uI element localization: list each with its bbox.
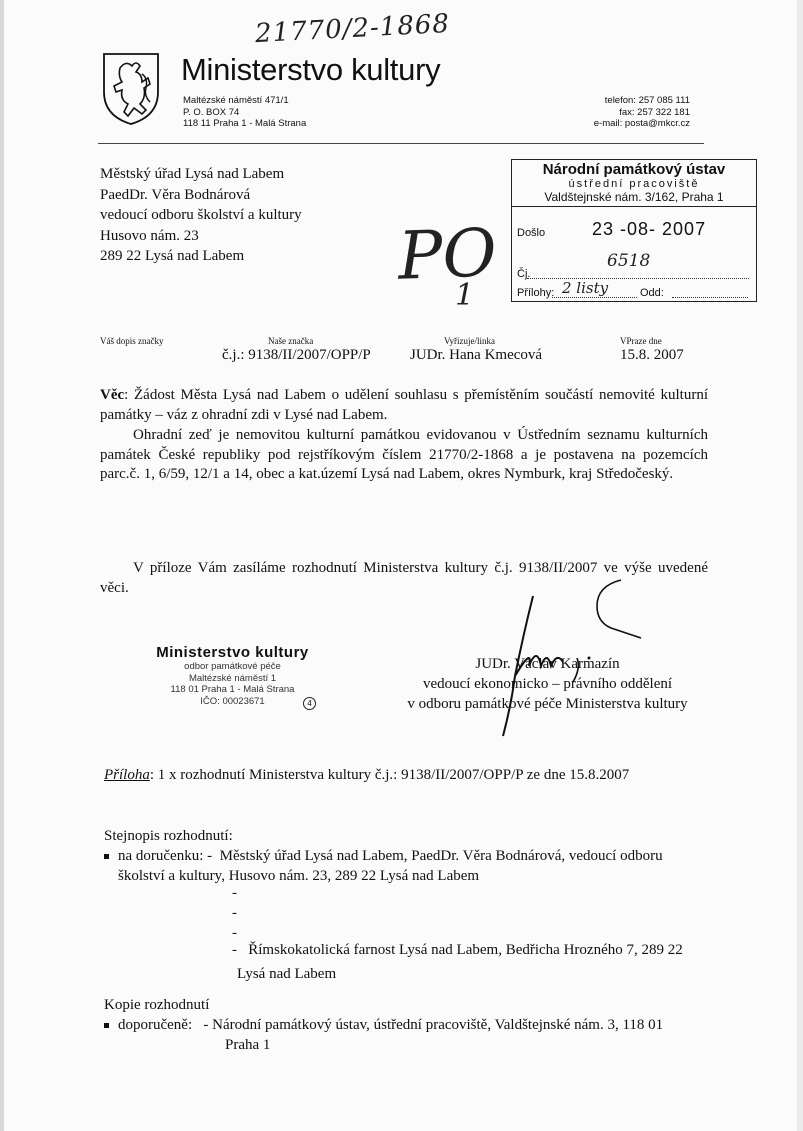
attachment-label: Příloha	[104, 767, 150, 783]
handled-by-label: Vyřizuje/linka	[444, 336, 495, 346]
phone: telefon: 257 085 111	[594, 95, 690, 107]
office-stamp: Ministerstvo kultury odbor památkové péč…	[140, 644, 325, 707]
stamp-dept-label: Odd:	[640, 287, 664, 299]
recipient-line: Městský úřad Lysá nad Labem	[100, 164, 302, 185]
attachment-line: Příloha: 1 x rozhodnutí Ministerstva kul…	[104, 767, 629, 784]
scan-edge-left	[0, 0, 4, 1131]
recipient-address: Městský úřad Lysá nad Labem PaedDr. Věra…	[100, 164, 302, 267]
letterhead-address: Maltézské náměstí 471/1 P. O. BOX 74 118…	[183, 95, 306, 130]
office-stamp-line: IČO: 00023671	[140, 696, 325, 708]
stamp-received-label: Došlo	[517, 227, 545, 239]
stamp-received-date: 23 -08- 2007	[592, 219, 706, 240]
office-stamp-line: odbor památkové péče	[140, 661, 325, 673]
fax: fax: 257 322 181	[594, 107, 690, 119]
handwritten-po-mark: PO	[397, 214, 498, 294]
dotted-line	[672, 297, 748, 298]
date-value: 15.8. 2007	[620, 347, 684, 364]
office-stamp-line: 118 01 Praha 1 - Malá Strana	[140, 684, 325, 696]
paragraph-1: Ohradní zeď je nemovitou kulturní památk…	[100, 426, 708, 485]
copies-heading: Stejnopis rozhodnutí:	[104, 826, 663, 846]
stamp-attachments-label: Přílohy:	[517, 287, 554, 299]
date-label: VPraze dne	[620, 336, 662, 346]
stamp-address: Valdštejnské nám. 3/162, Praha 1	[512, 190, 756, 204]
our-ref-label: Naše značka	[268, 336, 313, 346]
signer-name: JUDr. Václav Karmazín	[385, 654, 710, 674]
signer-role: vedoucí ekonomicko – právního oddělení	[385, 674, 710, 694]
letterhead-contact: telefon: 257 085 111 fax: 257 322 181 e-…	[594, 95, 690, 130]
address-line: Maltézské náměstí 471/1	[183, 95, 306, 107]
church-line1: Římskokatolická farnost Lysá nad Labem, …	[248, 942, 682, 958]
stamp-cj-row: Čj.	[517, 268, 749, 280]
coat-of-arms-icon	[102, 52, 160, 126]
handwritten-registry-number: 21770/2-1868	[254, 9, 450, 49]
handwritten-po-sub: 1	[455, 278, 474, 313]
stamp-unit: ústřední pracoviště	[512, 178, 756, 190]
dotted-line	[552, 297, 637, 298]
letterhead-divider	[98, 143, 704, 144]
registered-label: doporučeně:	[118, 1017, 192, 1033]
stamp-org: Národní památkový ústav	[512, 162, 756, 178]
signer-dept: v odboru památkové péče Ministerstva kul…	[385, 694, 710, 714]
recipient-line: PaedDr. Věra Bodnárová	[100, 185, 302, 206]
dash: -	[232, 942, 237, 958]
bullet-icon	[104, 854, 109, 859]
copies-section: Stejnopis rozhodnutí: na doručenku: - Mě…	[104, 826, 663, 886]
subject-text: : Žádost Města Lysá nad Labem o udělení …	[100, 387, 708, 423]
our-ref-value: č.j.: 9138/II/2007/OPP/P	[222, 347, 371, 364]
stamp-body: Došlo 23 -08- 2007 6518 Čj. Přílohy: 2 l…	[512, 207, 756, 297]
subject: Věc: Žádost Města Lysá nad Labem o uděle…	[100, 386, 708, 425]
dash-list: - - -	[232, 883, 237, 943]
address-line: 118 11 Praha 1 - Malá Strana	[183, 118, 306, 130]
delivery-label: na doručenku: -	[118, 848, 212, 864]
church-line2: Lysá nad Labem	[232, 962, 683, 986]
recipient-line: 289 22 Lysá nad Labem	[100, 246, 302, 267]
stamp-attachments-value: 2 listy	[562, 279, 608, 297]
dash: -	[232, 883, 237, 903]
email: e-mail: posta@mkcr.cz	[594, 118, 690, 130]
church-item: - Římskokatolická farnost Lysá nad Labem…	[232, 938, 683, 986]
recipient-line: vedoucí odboru školství a kultury	[100, 205, 302, 226]
dotted-line	[527, 278, 749, 279]
address-line: P. O. BOX 74	[183, 107, 306, 119]
letterhead-title: Ministerstvo kultury	[181, 52, 440, 88]
recipient-line: Husovo nám. 23	[100, 226, 302, 247]
office-stamp-title: Ministerstvo kultury	[140, 644, 325, 661]
your-letter-label: Váš dopis značky	[100, 336, 163, 346]
dash: -	[232, 903, 237, 923]
delivery-line2: školství a kultury, Husovo nám. 23, 289 …	[104, 866, 663, 886]
scan-edge-right	[797, 0, 803, 1131]
copy-heading: Kopie rozhodnutí	[104, 995, 663, 1015]
attachment-text: : 1 x rozhodnutí Ministerstva kultury č.…	[150, 767, 629, 783]
handled-by-value: JUDr. Hana Kmecová	[410, 347, 542, 364]
copy-line1: - Národní památkový ústav, ústřední prac…	[203, 1017, 663, 1033]
copies-delivery-item: na doručenku: - Městský úřad Lysá nad La…	[104, 846, 663, 866]
office-stamp-line: Maltézské náměstí 1	[140, 673, 325, 685]
copy-of-decision-section: Kopie rozhodnutí doporučeně: - Národní p…	[104, 995, 663, 1055]
copy-registered-item: doporučeně: - Národní památkový ústav, ú…	[104, 1015, 663, 1035]
copy-line2: Praha 1	[104, 1035, 663, 1055]
delivery-line1: Městský úřad Lysá nad Labem, PaedDr. Věr…	[220, 848, 663, 864]
stamp-header: Národní památkový ústav ústřední pracovi…	[512, 160, 756, 207]
signer-block: JUDr. Václav Karmazín vedoucí ekonomicko…	[385, 654, 710, 714]
subject-label: Věc	[100, 387, 124, 403]
receipt-stamp: Národní památkový ústav ústřední pracovi…	[511, 159, 757, 302]
office-stamp-number: 4	[303, 697, 316, 710]
bullet-icon	[104, 1023, 109, 1028]
